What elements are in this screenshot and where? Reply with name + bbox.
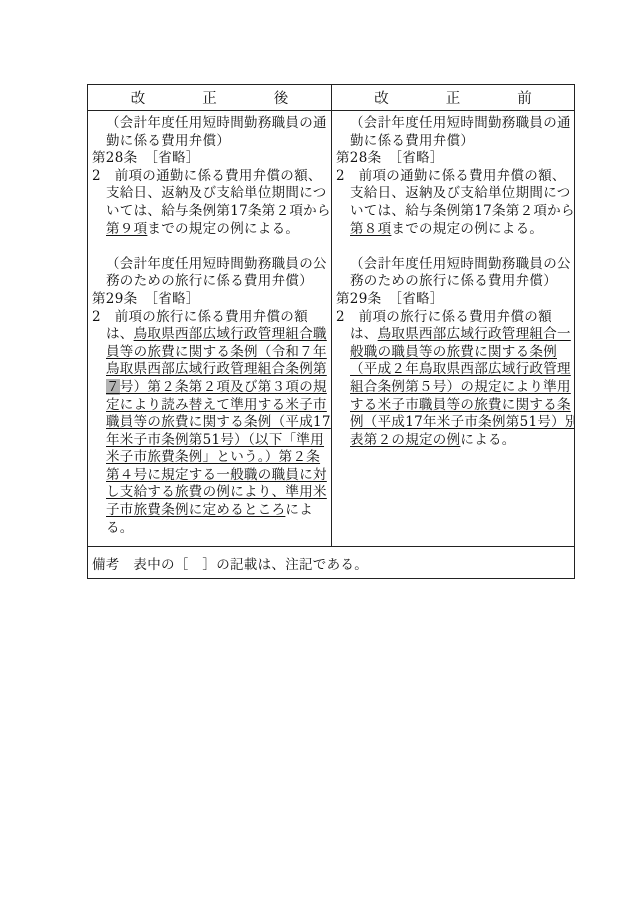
header-after-char: 正 [202,87,217,108]
paragraph: （会計年度任用短時間勤務職員の通 勤に係る費用弁償） [92,115,327,150]
text-segment: （会計年度任用短時間勤務職員の公 務のための旅行に係る費用弁償） [350,256,571,290]
text-segment: 第29条 ［省略］ [92,291,200,307]
after-amendment-column: （会計年度任用短時間勤務職員の通 勤に係る費用弁償）第28条 ［省略］2 前項の… [88,111,331,546]
text-segment: 号）第２条第２項及び第３項の規 定により読み替えて準用する米子市 職員等の旅費に… [106,379,331,518]
text-segment: 第28条 ［省略］ [92,150,200,166]
header-after-char: 後 [274,87,289,108]
header-before-char: 前 [517,87,532,108]
table-header-row: 改 正 後 改 正 前 [88,85,574,111]
header-before-char: 改 [374,87,389,108]
text-segment: 2 前項の通勤に係る費用弁償の額、 支給日、返納及び支給単位期間につ いては、給… [92,168,331,219]
paragraph: （会計年度任用短時間勤務職員の通 勤に係る費用弁償） [336,115,570,150]
paragraph: 第28条 ［省略］ [92,150,327,168]
header-before-amendment: 改 正 前 [331,85,574,110]
highlighted-text-segment: ７ [106,379,120,395]
paragraph: （会計年度任用短時間勤務職員の公 務のための旅行に係る費用弁償） [92,256,327,291]
paragraph: 2 前項の旅行に係る費用弁償の額 は、鳥取県西部広域行政管理組合職 員等の旅費に… [92,309,327,538]
text-segment: までの規定の例による。 [147,221,299,237]
paragraph [336,238,570,256]
text-segment: 第28条 ［省略］ [336,150,444,166]
paragraph: 第29条 ［省略］ [336,291,570,309]
paragraph: （会計年度任用短時間勤務職員の公 務のための旅行に係る費用弁償） [336,256,570,291]
text-segment: 鳥取県西部広域行政管理組合一 般職の職員等の旅費に関する条例 （平成２年鳥取県西… [350,326,574,448]
text-segment: （会計年度任用短時間勤務職員の通 勤に係る費用弁償） [106,115,327,149]
table-body-row: （会計年度任用短時間勤務職員の通 勤に係る費用弁償）第28条 ［省略］2 前項の… [88,111,574,546]
text-segment: （会計年度任用短時間勤務職員の通 勤に係る費用弁償） [350,115,571,149]
text-segment: までの規定の例による。 [391,221,543,237]
header-after-amendment: 改 正 後 [88,85,331,110]
paragraph: 第28条 ［省略］ [336,150,570,168]
text-segment: による。 [460,432,515,448]
text-segment: 第29条 ［省略］ [336,291,444,307]
remarks-row: 備考 表中の［ ］の記載は、注記である。 [88,546,574,578]
header-after-char: 改 [131,87,146,108]
text-segment: 第９項 [106,221,147,237]
amendment-comparison-table: 改 正 後 改 正 前 （会計年度任用短時間勤務職員の通 勤に係る費用弁償）第2… [87,84,575,579]
paragraph: 2 前項の通勤に係る費用弁償の額、 支給日、返納及び支給単位期間につ いては、給… [92,168,327,238]
text-segment: （会計年度任用短時間勤務職員の公 務のための旅行に係る費用弁償） [106,256,327,290]
before-amendment-column: （会計年度任用短時間勤務職員の通 勤に係る費用弁償）第28条 ［省略］2 前項の… [331,111,574,546]
text-segment: 2 前項の通勤に係る費用弁償の額、 支給日、返納及び支給単位期間につ いては、給… [336,168,574,219]
document-page: 改 正 後 改 正 前 （会計年度任用短時間勤務職員の通 勤に係る費用弁償）第2… [0,0,630,903]
paragraph: 2 前項の旅行に係る費用弁償の額 は、鳥取県西部広域行政管理組合一 般職の職員等… [336,309,570,450]
text-segment: 第８項 [350,221,391,237]
paragraph [92,238,327,256]
paragraph: 2 前項の通勤に係る費用弁償の額、 支給日、返納及び支給単位期間につ いては、給… [336,168,570,238]
header-before-char: 正 [446,87,461,108]
remarks-text: 備考 表中の［ ］の記載は、注記である。 [92,553,368,573]
paragraph: 第29条 ［省略］ [92,291,327,309]
text-segment: 鳥取県西部広域行政管理組合職 員等の旅費に関する条例（令和７年 鳥取県西部広域行… [106,326,327,377]
